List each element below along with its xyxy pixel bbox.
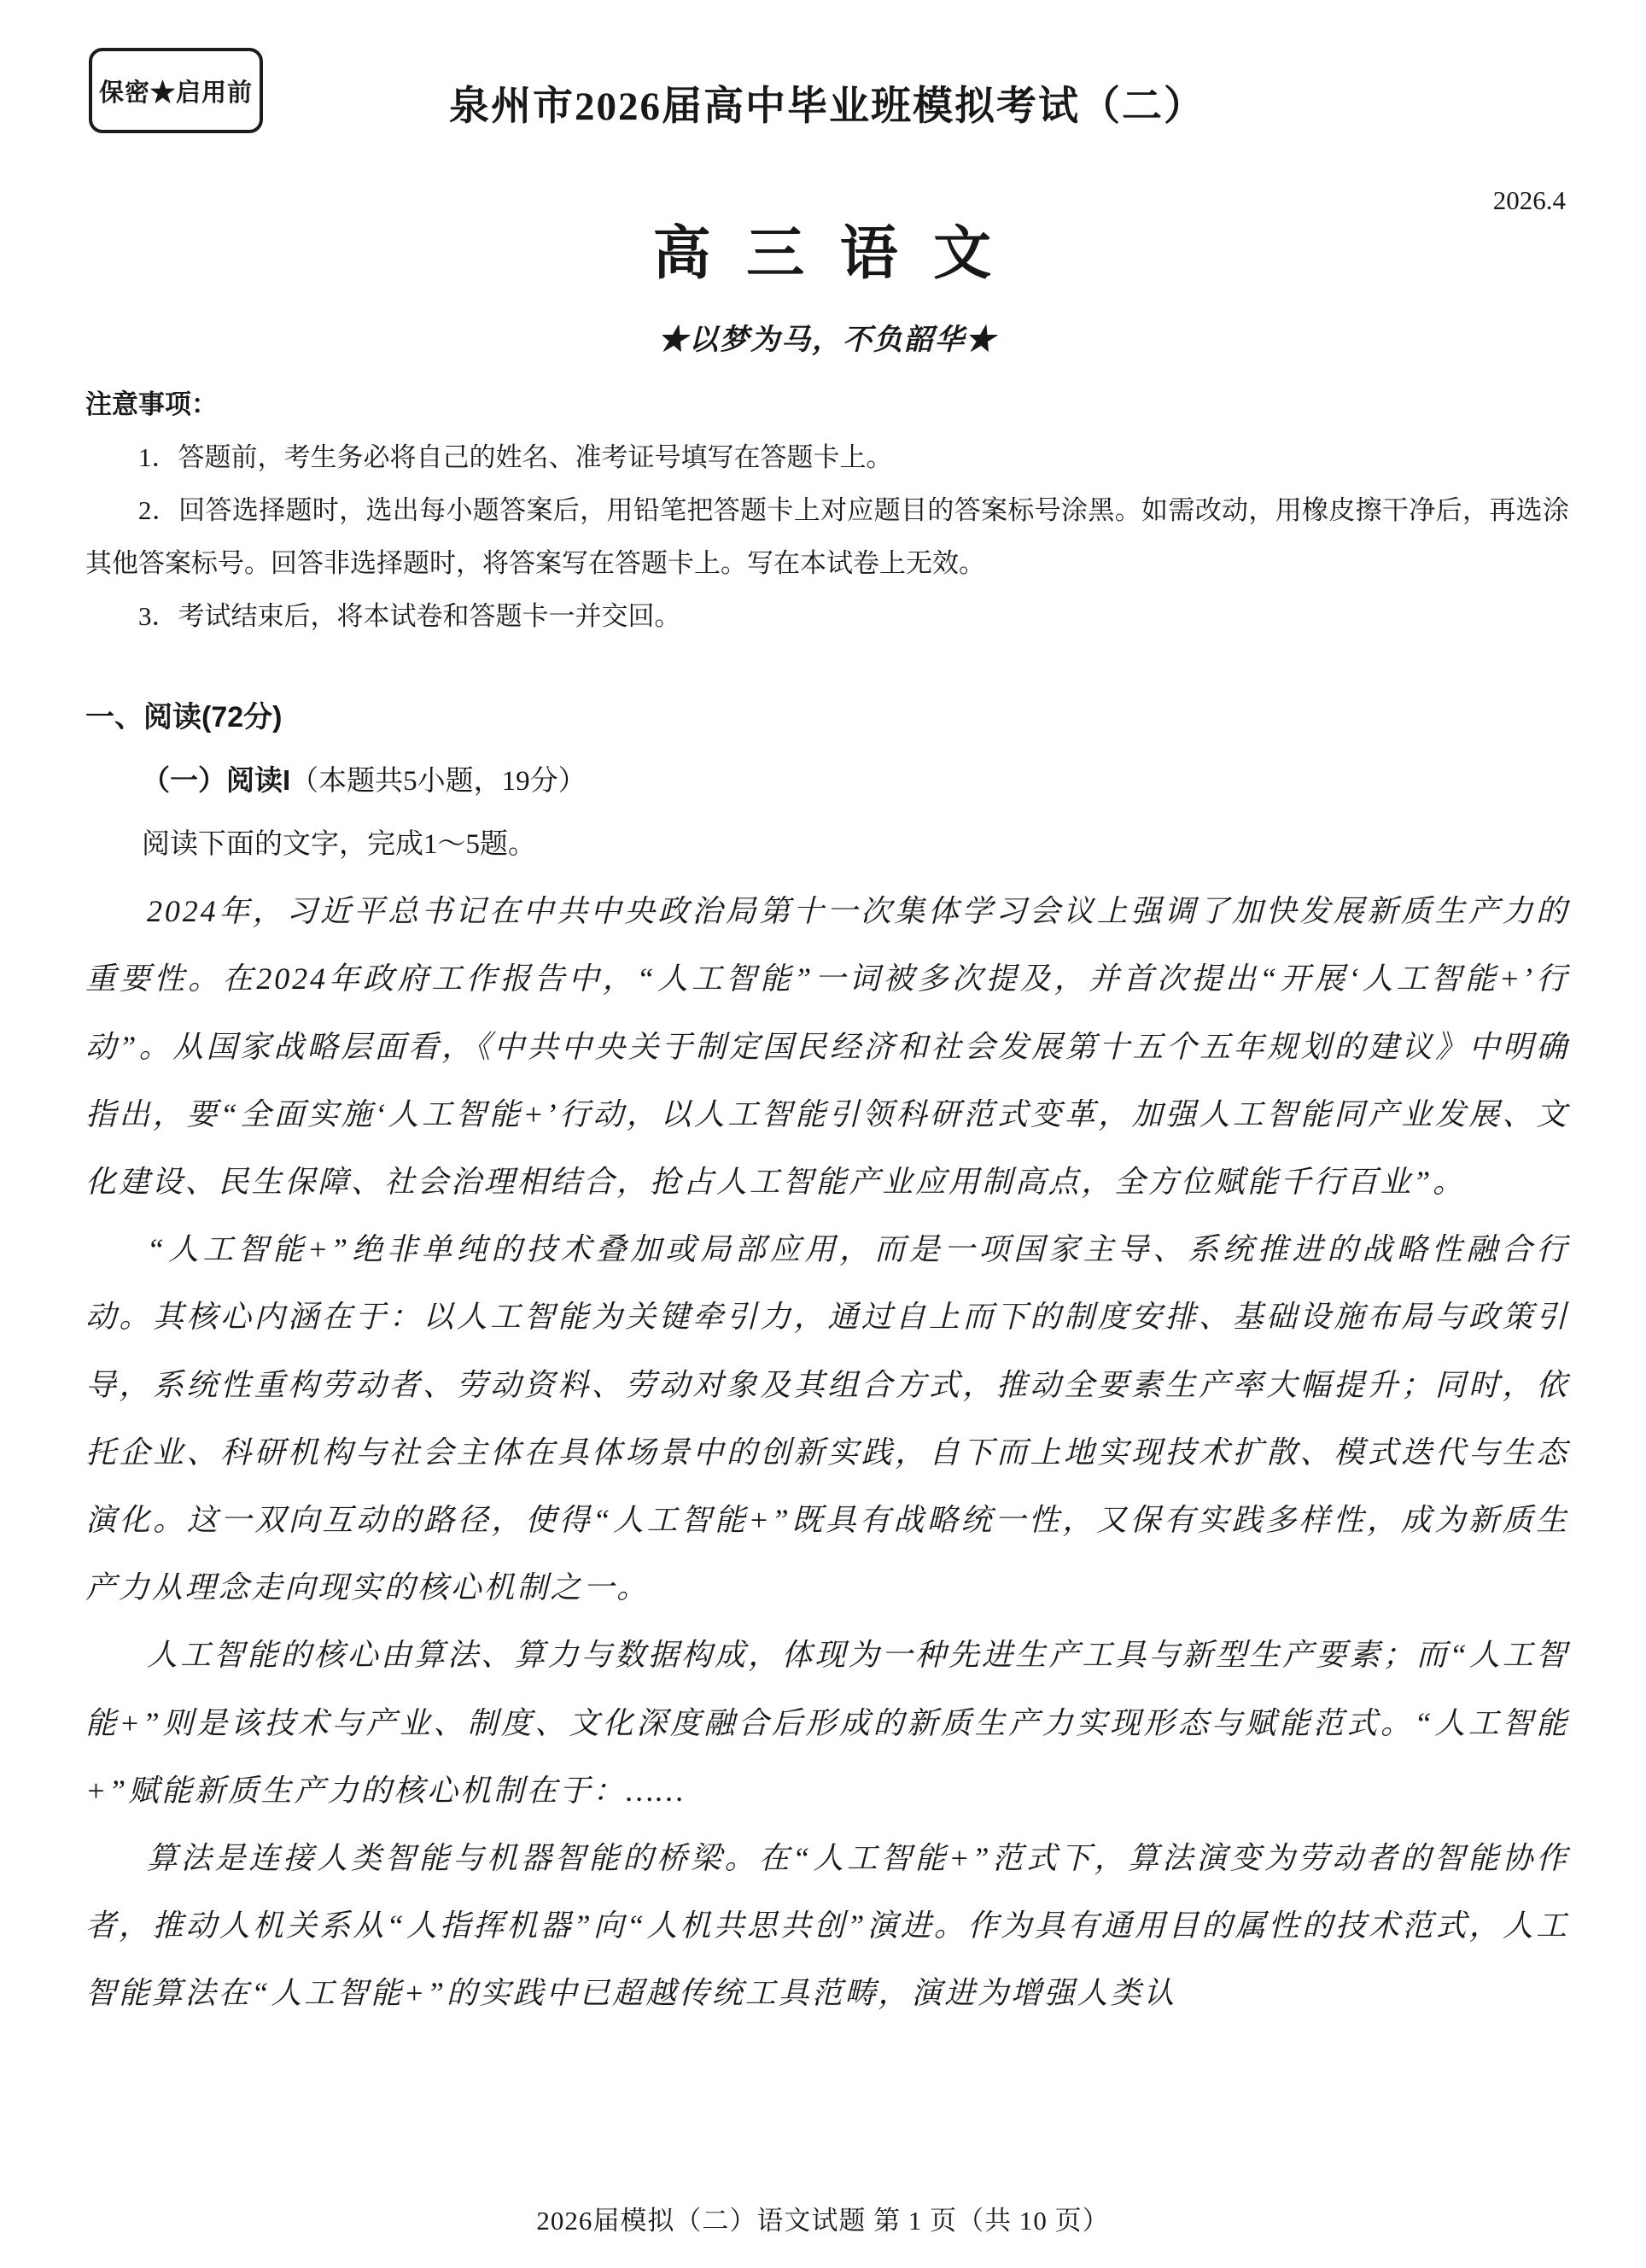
exam-paper-page: 保密★启用前 泉州市2026届高中毕业班模拟考试（二） 2026.4 高 三 语…: [0, 0, 1646, 2268]
passage-paragraph-1: 2024年，习近平总书记在中共中央政治局第十一次集体学习会议上强调了加快发展新质…: [85, 878, 1569, 1216]
reading-passage: 2024年，习近平总书记在中共中央政治局第十一次集体学习会议上强调了加快发展新质…: [85, 878, 1569, 2027]
notice-item-1: 1．答题前，考生务必将自己的姓名、准考证号填写在答题卡上。: [85, 431, 1569, 484]
notice-section: 注意事项： 1．答题前，考生务必将自己的姓名、准考证号填写在答题卡上。 2．回答…: [85, 378, 1569, 643]
subsection-heading-rest: （本题共5小题，19分）: [290, 766, 587, 797]
notice-heading: 注意事项：: [85, 378, 1569, 431]
reading-instruction: 阅读下面的文字，完成1～5题。: [85, 825, 1569, 864]
page-footer: 2026届模拟（二）语文试题 第 1 页（共 10 页）: [0, 2199, 1646, 2237]
motto-banner: ★以梦为马，不负韶华★: [85, 316, 1569, 358]
confidential-stamp: 保密★启用前: [89, 48, 263, 133]
section-heading-reading: 一、阅读(72分): [85, 698, 1569, 739]
subsection-heading-reading-1: （一）阅读I（本题共5小题，19分）: [85, 761, 1569, 801]
passage-paragraph-3: 人工智能的核心由算法、算力与数据构成，体现为一种先进生产工具与新型生产要素；而“…: [85, 1622, 1569, 1825]
notice-item-2: 2．回答选择题时，选出每小题答案后，用铅笔把答题卡上对应题目的答案标号涂黑。如需…: [85, 484, 1569, 590]
subject-title: 高 三 语 文: [85, 220, 1569, 287]
confidential-label: 保密★启用前: [99, 73, 253, 108]
exam-date: 2026.4: [85, 186, 1566, 215]
subsection-heading-bold: （一）阅读I: [142, 764, 290, 796]
exam-title: 泉州市2026届高中毕业班模拟考试（二）: [85, 84, 1569, 130]
notice-item-3: 3．考试结束后，将本试卷和答题卡一并交回。: [85, 590, 1569, 643]
passage-paragraph-2: “人工智能+”绝非单纯的技术叠加或局部应用，而是一项国家主导、系统推进的战略性融…: [85, 1216, 1569, 1622]
passage-paragraph-4: 算法是连接人类智能与机器智能的桥梁。在“人工智能+”范式下，算法演变为劳动者的智…: [85, 1825, 1569, 2028]
